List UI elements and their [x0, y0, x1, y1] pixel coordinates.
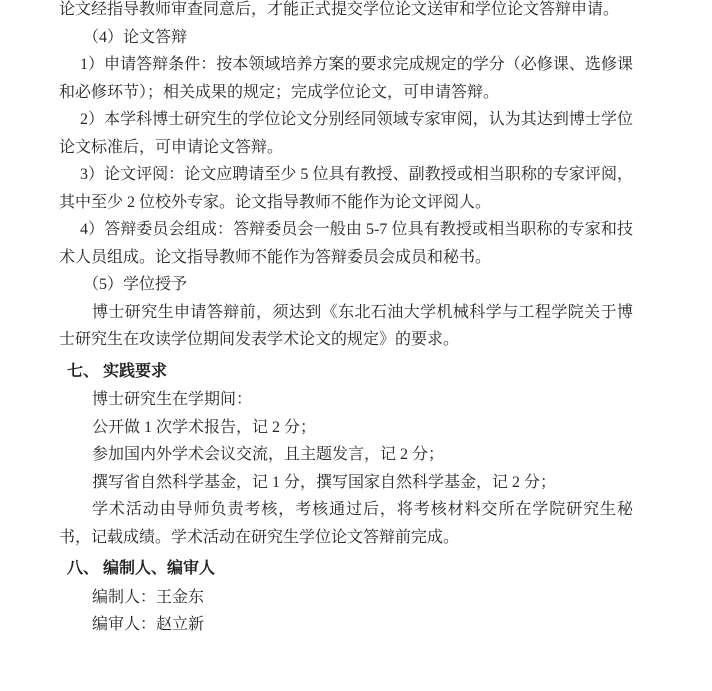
paragraph-academic-report-credit: 公开做 1 次学术报告，记 2 分；: [59, 414, 633, 442]
item-2-expert-review-requirement: 2）本学科博士研究生的学位论文分别经同领域专家审阅，认为其达到博士学位论文标准后…: [59, 106, 633, 161]
subsection-5-degree-conferral-title: （5）学位授予: [59, 271, 633, 299]
section-8-compilers-heading: 八、 编制人、编审人: [59, 555, 633, 583]
section-7-practice-requirements-heading: 七、 实践要求: [59, 358, 633, 386]
paragraph-reviewer-name: 编审人：赵立新: [59, 611, 633, 639]
subsection-4-thesis-defense-title: （4）论文答辩: [59, 24, 633, 52]
document-page: 论文经指导教师审查同意后，才能正式提交学位论文送审和学位论文答辩申请。 （4）论…: [0, 0, 712, 691]
paragraph-publication-requirement: 博士研究生申请答辩前，须达到《东北石油大学机械科学与工程学院关于博士研究生在攻读…: [59, 299, 633, 354]
item-1-defense-application-conditions: 1）申请答辩条件：按本领域培养方案的要求完成规定的学分（必修课、选修课和必修环节…: [59, 51, 633, 106]
paragraph-conference-credit: 参加国内外学术会议交流，且主题发言，记 2 分；: [59, 441, 633, 469]
paragraph-compiler-name: 编制人：王金东: [59, 584, 633, 612]
paragraph-during-study-intro: 博士研究生在学期间：: [59, 386, 633, 414]
paragraph-activity-assessment: 学术活动由导师负责考核，考核通过后，将考核材料交所在学院研究生秘书，记载成绩。学…: [59, 496, 633, 551]
paragraph-fund-writing-credit: 撰写省自然科学基金，记 1 分，撰写国家自然科学基金，记 2 分；: [59, 469, 633, 497]
document-text-block: 论文经指导教师审查同意后，才能正式提交学位论文送审和学位论文答辩申请。 （4）论…: [59, 0, 633, 639]
paragraph-thesis-submission-note: 论文经指导教师审查同意后，才能正式提交学位论文送审和学位论文答辩申请。: [59, 0, 633, 24]
item-3-thesis-review-experts: 3）论文评阅：论文应聘请至少 5 位具有教授、副教授或相当职称的专家评阅，其中至…: [59, 161, 633, 216]
item-4-defense-committee-composition: 4）答辩委员会组成：答辩委员会一般由 5-7 位具有教授或相当职称的专家和技术人…: [59, 216, 633, 271]
